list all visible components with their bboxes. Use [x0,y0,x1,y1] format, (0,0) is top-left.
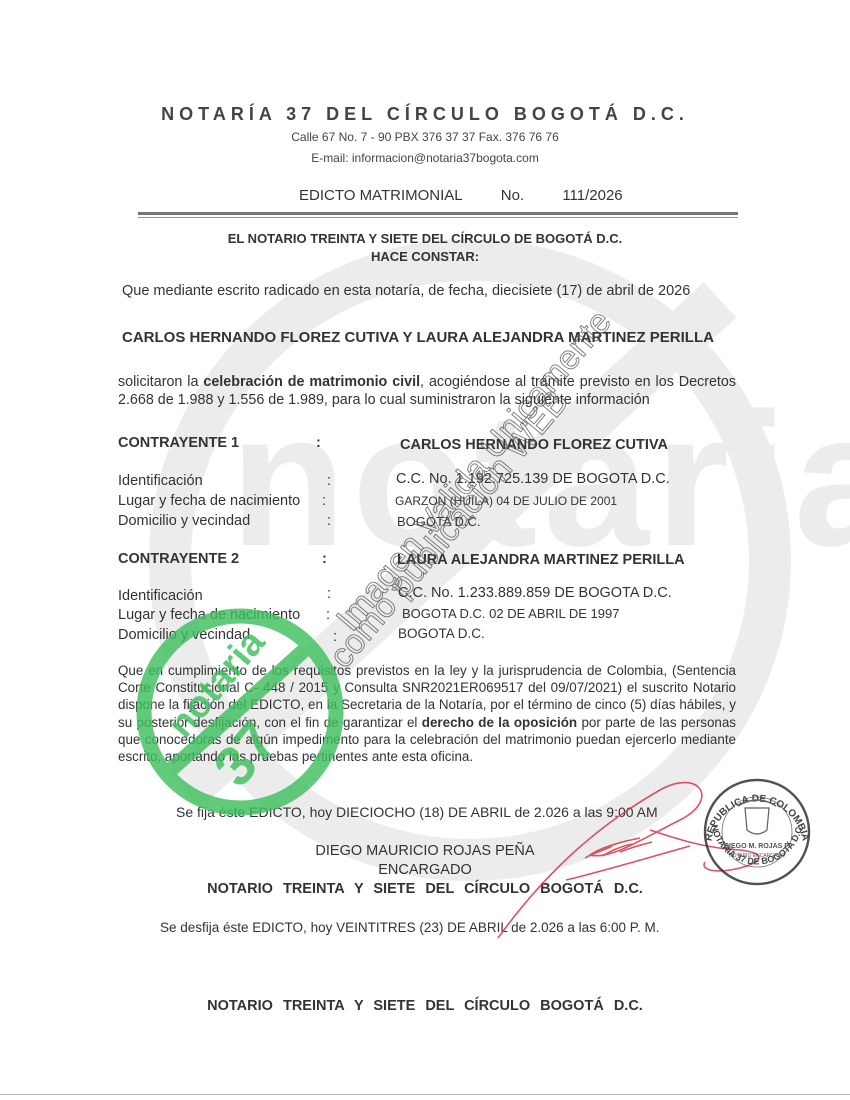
signer-role: ENCARGADO [0,862,850,878]
separator: : [327,473,331,489]
separator: : [333,629,337,645]
footer-notary-title: NOTARIO TREINTA Y SIETE DEL CÍRCULO BOGO… [0,998,850,1014]
preamble-line-1: EL NOTARIO TREINTA Y SIETE DEL CÍRCULO D… [0,231,850,246]
contrayente-1-id: C.C. No. 1.192.725.139 DE BOGOTA D.C. [396,471,670,487]
separator: : [322,493,326,509]
notary-email: E-mail: informacion@notaria37bogota.com [0,151,850,165]
contrayente-1-name: CARLOS HERNANDO FLOREZ CUTIVA [400,437,668,453]
field-label: Lugar y fecha de nacimiento [118,493,300,509]
contrayente-2-birth: BOGOTA D.C. 02 DE ABRIL DE 1997 [402,606,619,621]
edict-number-label: No. [501,187,524,204]
signer-title: NOTARIO TREINTA Y SIETE DEL CÍRCULO BOGO… [0,881,850,897]
separator: : [326,607,330,623]
separator: : [316,435,321,451]
edict-type: EDICTO MATRIMONIAL [299,187,463,204]
contrayente-2-domicile: BOGOTA D.C. [398,626,485,641]
header-divider [138,212,738,215]
contrayente-2-name: LAURA ALEJANDRA MARTINEZ PERILLA [397,552,685,568]
contrayente-1-birth: GARZON (HUILA) 04 DE JULIO DE 2001 [395,494,617,508]
contrayente-2-heading: CONTRAYENTE 2 [118,551,239,567]
edict-document: NOTARÍA 37 DEL CÍRCULO BOGOTÁ D.C. Calle… [0,0,850,1100]
field-label: Domicilio y vecindad [118,627,250,643]
request-paragraph: solicitaron la celebración de matrimonio… [118,373,736,409]
preamble-line-2: HACE CONSTAR: [0,249,850,264]
notary-address: Calle 67 No. 7 - 90 PBX 376 37 37 Fax. 3… [0,130,850,144]
fixing-statement: Se fija éste EDICTO, hoy DIECIOCHO (18) … [176,804,658,820]
contrayente-1-domicile: BOGOTA D.C. [397,514,481,529]
notary-header-title: NOTARÍA 37 DEL CÍRCULO BOGOTÁ D.C. [0,104,850,125]
page-bottom-edge [0,1094,850,1095]
legal-emphasis: derecho de la oposición [422,715,577,730]
couple-names: CARLOS HERNANDO FLOREZ CUTIVA Y LAURA AL… [122,329,714,346]
separator: : [327,586,331,602]
separator: : [327,513,331,529]
request-emphasis: celebración de matrimonio civil [203,374,420,390]
field-label: Domicilio y vecindad [118,513,250,529]
legal-paragraph: Que en cumplimiento de los requisitos pr… [118,662,736,765]
contrayente-2-id: C.C. No. 1.233.889.859 DE BOGOTA D.C. [398,585,672,601]
edict-heading: EDICTO MATRIMONIAL No. 111/2026 [299,187,623,204]
unfixing-statement: Se desfija éste EDICTO, hoy VEINTITRES (… [160,920,659,935]
field-label: Identificación [118,588,203,604]
edict-number: 111/2026 [562,187,622,204]
contrayente-1-heading: CONTRAYENTE 1 [118,435,239,451]
signer-name: DIEGO MAURICIO ROJAS PEÑA [0,843,850,859]
intro-sentence: Que mediante escrito radicado en esta no… [122,283,690,299]
field-label: Identificación [118,473,203,489]
request-text: solicitaron la [118,374,203,390]
separator: : [322,551,327,567]
field-label: Lugar y fecha de nacimiento [118,607,300,623]
header-divider-thin [138,217,738,218]
